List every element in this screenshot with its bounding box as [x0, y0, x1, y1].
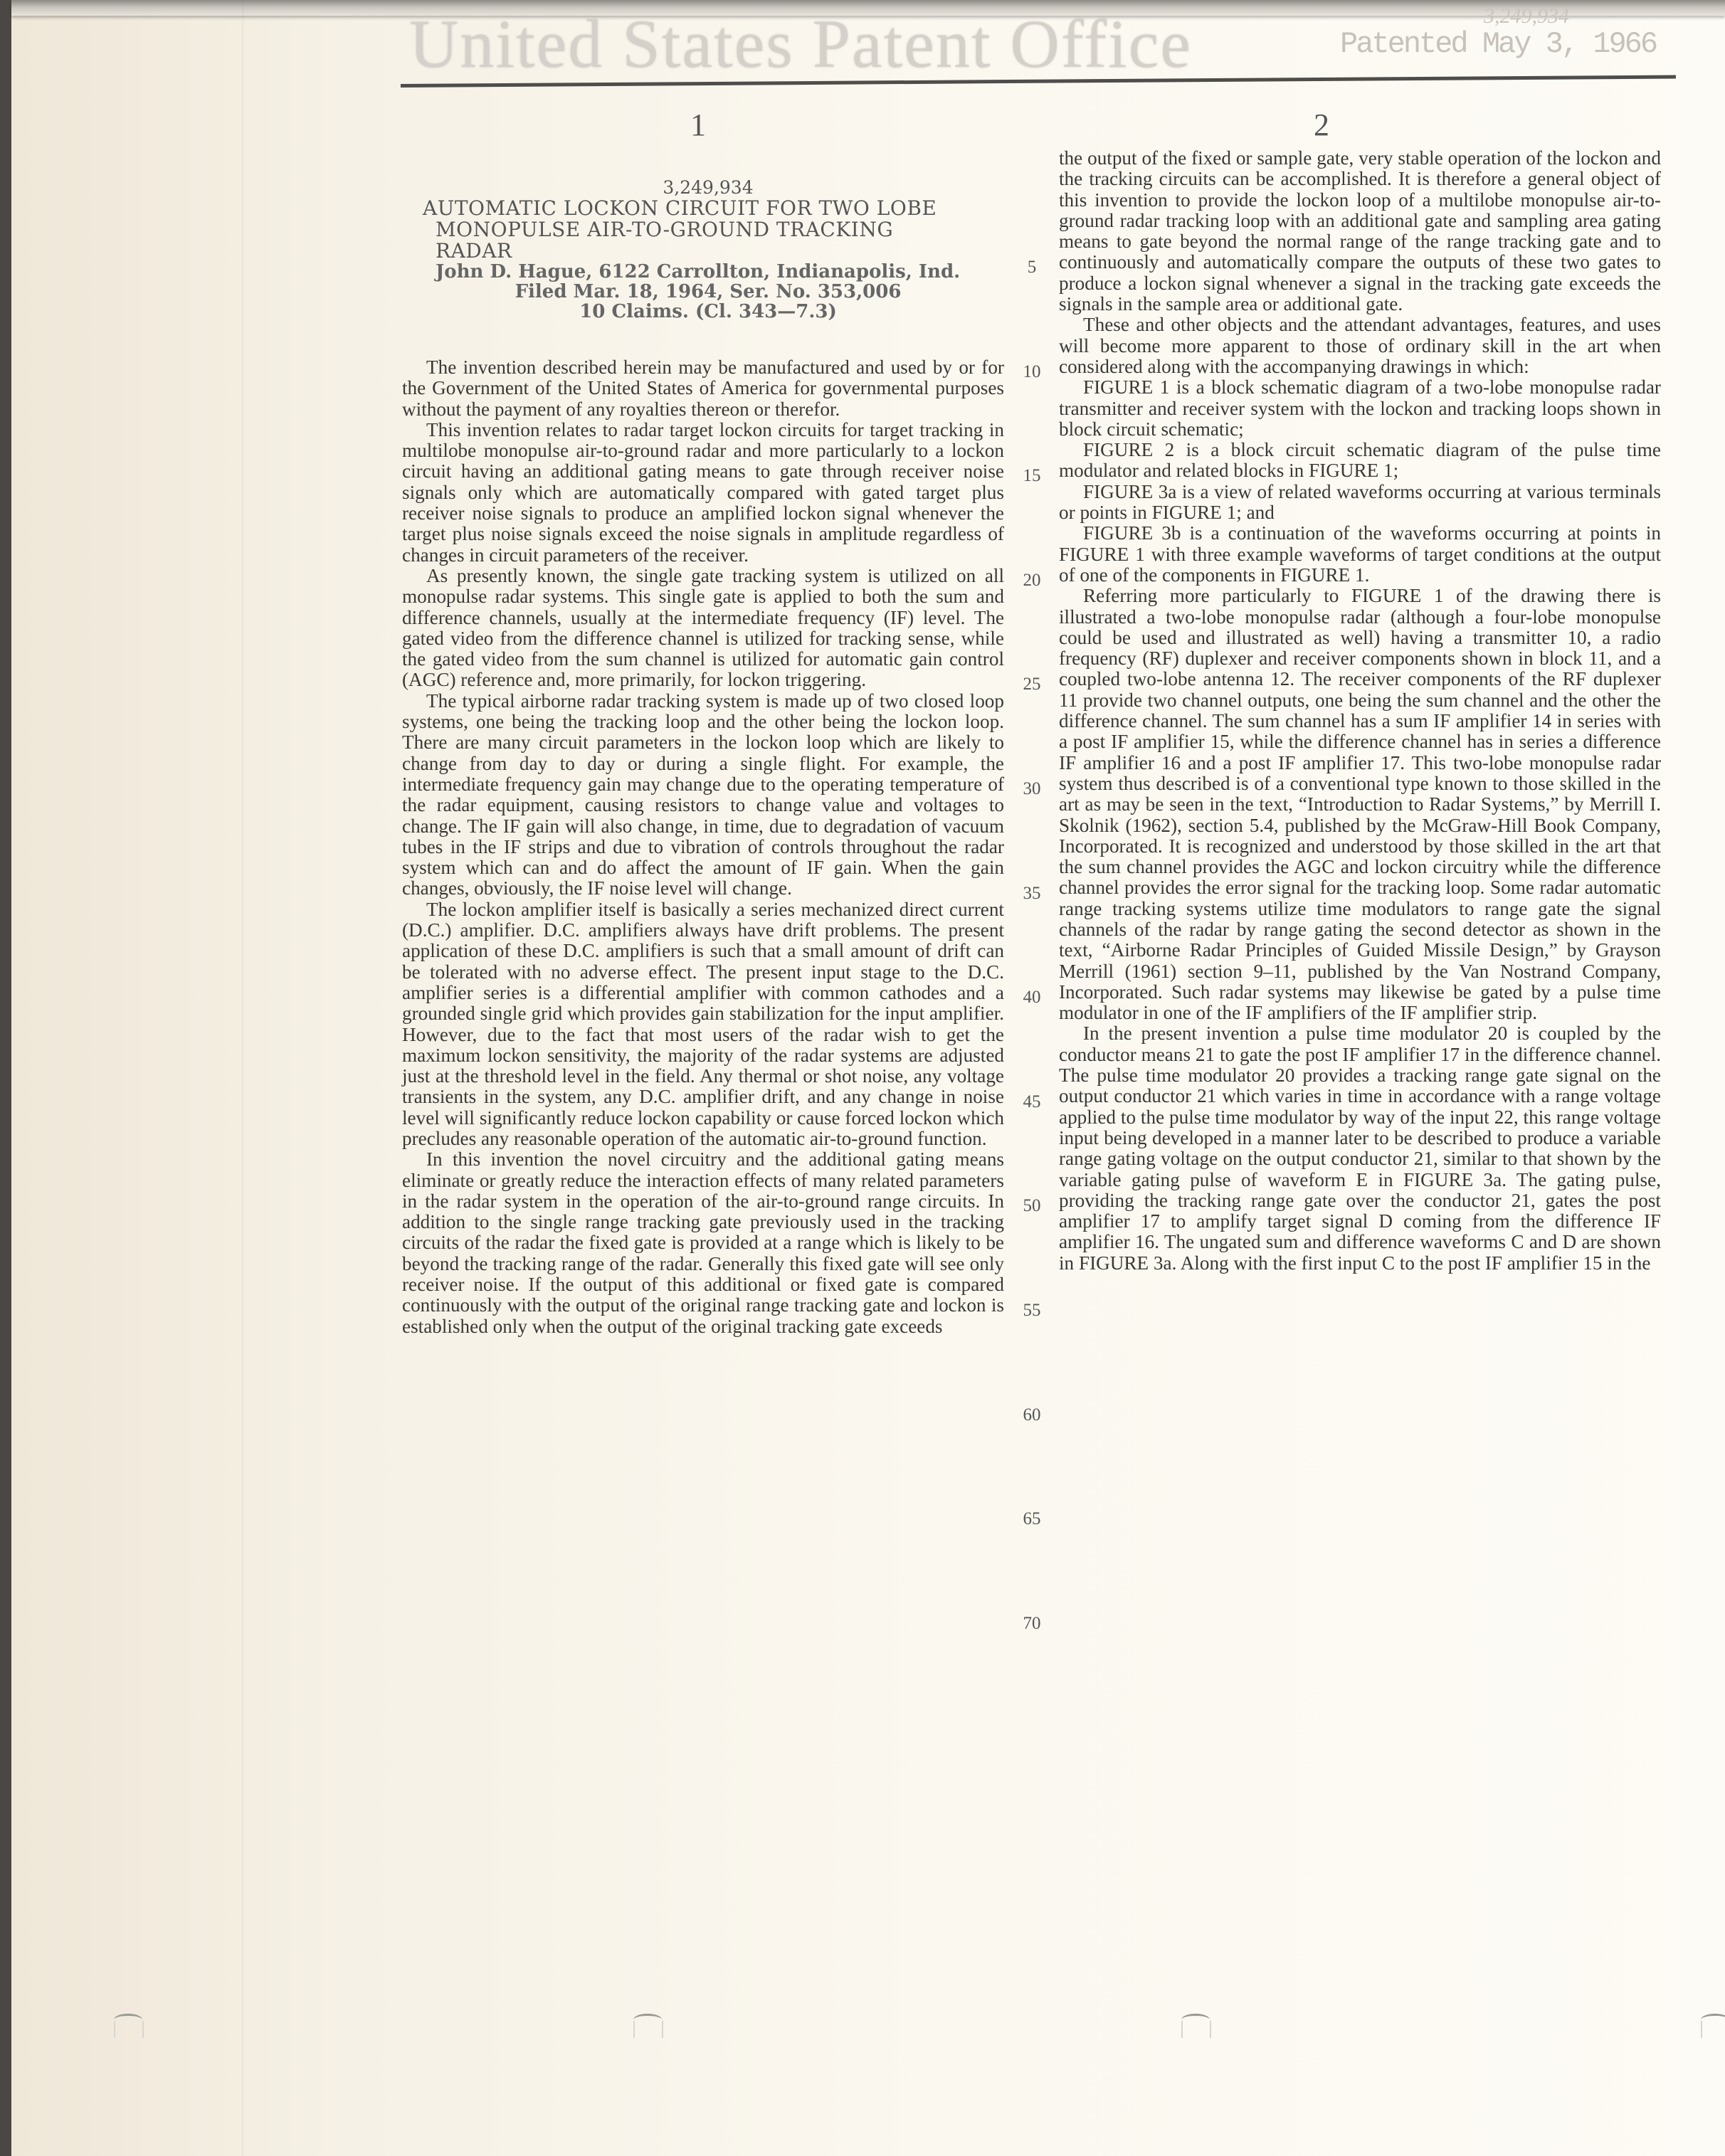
line-number: 5 [1011, 258, 1053, 278]
line-number: 50 [1011, 1196, 1053, 1216]
line-number: 20 [1011, 571, 1053, 591]
line-number: 60 [1011, 1405, 1053, 1425]
column-number-right: 2 [1314, 107, 1329, 143]
title-line: RADAR [423, 241, 1003, 262]
patent-title: AUTOMATIC LOCKON CIRCUIT FOR TWO LOBE MO… [413, 198, 1003, 262]
book-binding [0, 0, 11, 2156]
office-heading: United States Patent Office [409, 10, 1192, 78]
claims-info: 10 Claims. (Cl. 343—7.3) [413, 302, 1003, 322]
paragraph: The invention described herein may be ma… [402, 357, 1004, 420]
paragraph: These and other objects and the attendan… [1059, 315, 1661, 377]
left-text-column: The invention described herein may be ma… [402, 357, 1004, 1337]
inventor: John D. Hague, 6122 Carrollton, Indianap… [413, 262, 1003, 282]
patent-number: 3,249,934 [413, 178, 1003, 198]
line-number: 15 [1011, 466, 1053, 486]
column-number-left: 1 [690, 107, 706, 143]
patent-number-stamp: 3,249,934 [1484, 4, 1569, 28]
binder-tab [107, 2014, 149, 2042]
title-line: AUTOMATIC LOCKON CIRCUIT FOR TWO LOBE [423, 198, 1003, 219]
paragraph: FIGURE 2 is a block circuit schematic di… [1059, 440, 1661, 482]
paragraph: In the present invention a pulse time mo… [1059, 1023, 1661, 1274]
filing-info: Filed Mar. 18, 1964, Ser. No. 353,006 [413, 282, 1003, 302]
line-number: 55 [1011, 1301, 1053, 1321]
margin-crease [242, 0, 243, 2156]
line-number: 30 [1011, 779, 1053, 799]
line-number: 40 [1011, 988, 1053, 1008]
paragraph: FIGURE 3b is a continuation of the wavef… [1059, 523, 1661, 586]
line-number: 70 [1011, 1614, 1053, 1634]
paragraph: FIGURE 3a is a view of related waveforms… [1059, 482, 1661, 524]
paragraph: In this invention the novel circuitry an… [402, 1149, 1004, 1337]
line-number: 65 [1011, 1509, 1053, 1529]
binder-tab [1694, 2014, 1725, 2042]
line-number: 35 [1011, 884, 1053, 904]
right-text-column: the output of the fixed or sample gate, … [1059, 148, 1661, 1274]
paragraph: The typical airborne radar tracking syst… [402, 691, 1004, 899]
line-number: 10 [1011, 362, 1053, 382]
paragraph: This invention relates to radar target l… [402, 420, 1004, 566]
paragraph: The lockon amplifier itself is basically… [402, 899, 1004, 1150]
line-number: 25 [1011, 675, 1053, 694]
binder-tab [626, 2014, 669, 2042]
paragraph: the output of the fixed or sample gate, … [1059, 148, 1661, 315]
line-number: 45 [1011, 1092, 1053, 1112]
binder-tab [1174, 2014, 1217, 2042]
patented-date: Patented May 3, 1966 [1340, 27, 1656, 61]
paragraph: As presently known, the single gate trac… [402, 566, 1004, 691]
title-line: MONOPULSE AIR-TO-GROUND TRACKING [423, 219, 1003, 241]
paragraph: Referring more particularly to FIGURE 1 … [1059, 586, 1661, 1023]
paragraph: FIGURE 1 is a block schematic diagram of… [1059, 377, 1661, 440]
patent-header: 3,249,934 AUTOMATIC LOCKON CIRCUIT FOR T… [413, 178, 1003, 322]
